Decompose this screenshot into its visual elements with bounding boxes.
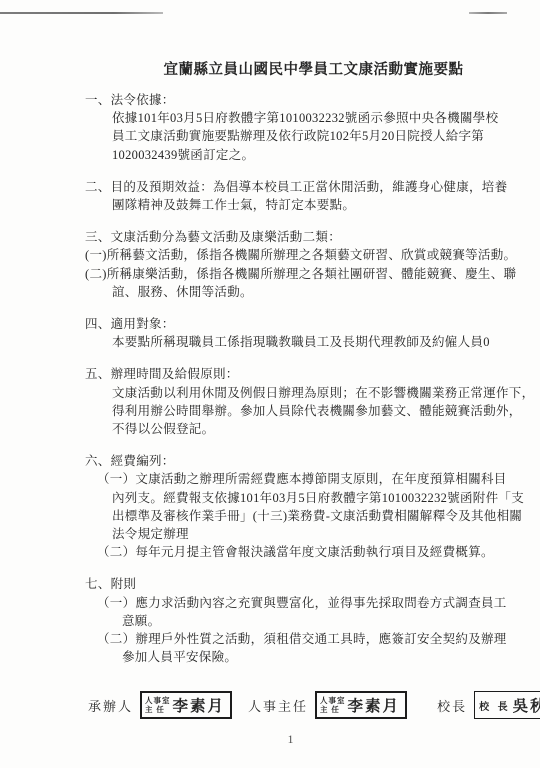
section-heading: 五、辦理時間及給假原則：: [85, 365, 496, 383]
text-line: (二)所稱康樂活動，係指各機關所辦理之各類社團研習、體能競賽、慶生、聯: [85, 265, 496, 283]
stamp-name: 李素月: [173, 694, 226, 716]
document-page: 宜蘭縣立員山國民中學員工文康活動實施要點 一、法令依據： 依據101年03月5日…: [0, 0, 540, 768]
section-budget: 六、經費編列： （一）文康活動之辦理所需經費應本撙節開支原則，在年度預算相關科目…: [85, 452, 496, 561]
text-line: 團隊精神及鼓舞工作士氣，特訂定本要點。: [112, 196, 496, 214]
text-line: 本要點所稱現職員工係指現職教職員工及長期代理教師及約僱人員0: [112, 333, 496, 351]
stamp-role: 主 任: [145, 705, 171, 714]
principal-stamp: 校 長 吳秋如: [474, 691, 540, 719]
principal-label: 校長: [437, 696, 467, 715]
text-line: （一）文康活動之辦理所需經費應本撙節開支原則，在年度預算相關科目: [97, 470, 496, 488]
text-line: 意願。: [122, 612, 496, 630]
stamp-role: 主 任: [320, 705, 346, 714]
scan-artifact-line-right: [469, 12, 507, 14]
section-supplementary: 七、附則 （一）應力求活動內容之充實與豐富化，並得事先採取問卷方式調查員工 意願…: [85, 575, 496, 666]
section-purpose: 二、目的及預期效益：為倡導本校員工正當休閒活動，維護身心健康，培養 團隊精神及鼓…: [85, 178, 496, 214]
stamp-office-role: 人事室 主 任: [145, 696, 171, 714]
text-line: 內列支。經費報支依據101年03月5日府教體字第1010032232號函附件「支: [112, 489, 496, 507]
page-title: 宜蘭縣立員山國民中學員工文康活動實施要點: [108, 60, 519, 80]
text-line: (一)所稱藝文活動，係指各機關所辦理之各類藝文研習、欣賞或競賽等活動。: [85, 246, 496, 264]
section-activity-types: 三、文康活動分為藝文活動及康樂活動二類： (一)所稱藝文活動，係指各機關所辦理之…: [85, 228, 496, 301]
text-line: 參加人員平安保險。: [122, 648, 496, 666]
section-legal-basis: 一、法令依據： 依據101年03月5日府教體字第1010032232號函示參照中…: [85, 91, 496, 164]
text-line: 依據101年03月5日府教體字第1010032232號函示參照中央各機關學校: [112, 109, 496, 127]
page-number: 1: [85, 732, 496, 747]
section-heading: 一、法令依據：: [85, 91, 496, 109]
section-time-and-leave: 五、辦理時間及給假原則： 文康活動以利用休閒及例假日辦理為原則；在不影響機關業務…: [85, 365, 496, 438]
stamp-name: 李素月: [348, 694, 401, 716]
text-line: （二）每年元月提主管會報決議當年度文康活動執行項目及經費概算。: [97, 543, 496, 561]
text-line: 1020032439號函訂定之。: [112, 146, 496, 164]
section-heading: 七、附則: [85, 575, 496, 593]
section-heading: 四、適用對象：: [85, 315, 496, 333]
hr-director-stamp-2: 人事室 主 任 李素月: [315, 691, 407, 719]
section-heading: 三、文康活動分為藝文活動及康樂活動二類：: [85, 228, 496, 246]
hr-director-stamp: 人事室 主 任 李素月: [140, 691, 232, 719]
text-line: （二）辦理戶外性質之活動，須租借交通工具時，應簽訂安全契約及辦理: [97, 630, 496, 648]
section-heading: 二、目的及預期效益：為倡導本校員工正當休閒活動，維護身心健康，培養: [85, 178, 496, 196]
section-applicable-targets: 四、適用對象： 本要點所稱現職員工係指現職教職員工及長期代理教師及約僱人員0: [85, 315, 496, 351]
text-line: 不得以公假登記。: [112, 420, 496, 438]
text-line: （一）應力求活動內容之充實與豐富化，並得事先採取問卷方式調查員工: [97, 594, 496, 612]
text-line: 得利用辦公時間舉辦。參加人員除代表機關參加藝文、體能競賽活動外，: [112, 402, 496, 420]
text-line: 員工文康活動實施要點辦理及依行政院102年5月20日院授人給字第: [112, 127, 496, 145]
stamp-title: 校 長: [479, 698, 511, 713]
stamp-office-role: 人事室 主 任: [320, 696, 346, 714]
text-line: 法令規定辦理: [112, 525, 496, 543]
signature-row: 承辦人 人事室 主 任 李素月 人事主任 人事室 主 任 李素月 校長 校 長 …: [88, 691, 496, 719]
section-heading: 六、經費編列：: [85, 452, 496, 470]
text-line: 出標準及審核作業手冊」(十三)業務費-文康活動費相關解釋令及其他相關: [112, 507, 496, 525]
stamp-name: 吳秋如: [513, 694, 540, 716]
text-line: 文康活動以利用休閒及例假日辦理為原則；在不影響機關業務正常運作下，: [112, 384, 496, 402]
hr-director-label: 人事主任: [248, 696, 308, 715]
text-line: 誼、服務、休閒等活動。: [112, 283, 496, 301]
scan-artifact-line-left: [0, 12, 163, 14]
document-content: 宜蘭縣立員山國民中學員工文康活動實施要點 一、法令依據： 依據101年03月5日…: [0, 0, 540, 747]
handler-label: 承辦人: [88, 696, 133, 715]
